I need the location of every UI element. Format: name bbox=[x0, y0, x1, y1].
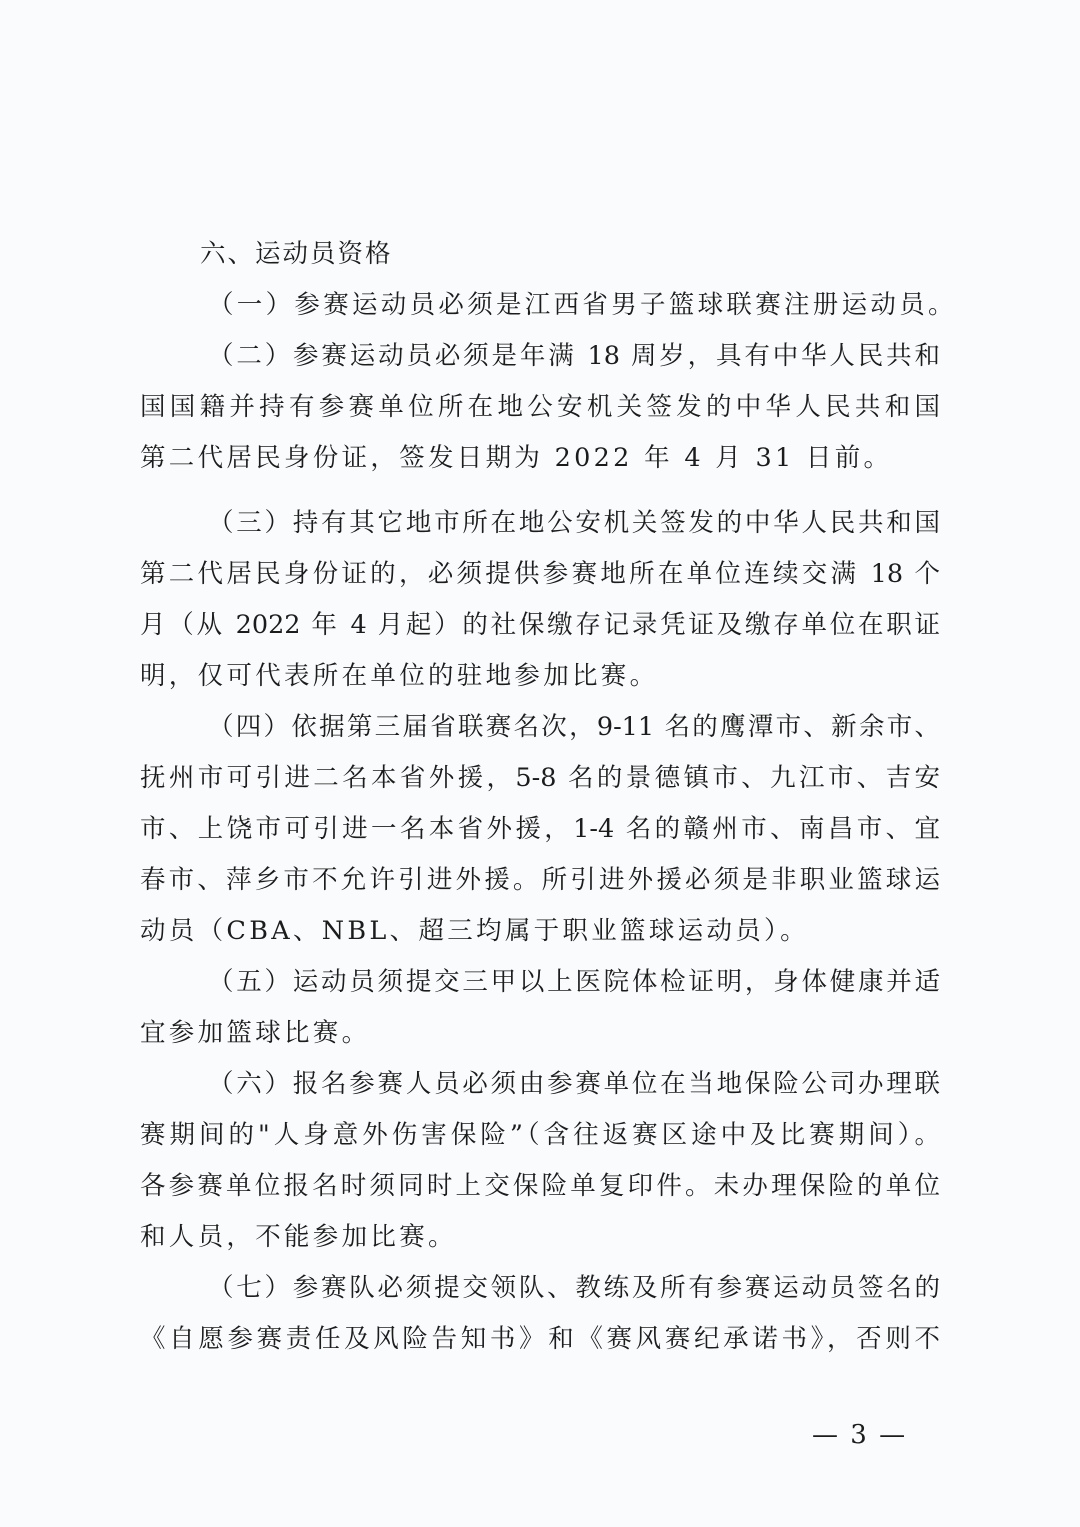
section-title: 六、运动员资格 bbox=[200, 234, 1000, 274]
paragraph-line: （六）报名参赛人员必须由参赛单位在当地保险公司办理联 bbox=[208, 1064, 940, 1104]
paragraph-line: 宜参加篮球比赛。 bbox=[140, 1013, 940, 1053]
document-page: 六、运动员资格 （一）参赛运动员必须是江西省男子篮球联赛注册运动员。 （二）参赛… bbox=[0, 0, 1080, 1527]
paragraph-line: （二）参赛运动员必须是年满 18 周岁，具有中华人民共和 bbox=[208, 336, 940, 376]
paragraph-line: 国国籍并持有参赛单位所在地公安机关签发的中华人民共和国 bbox=[140, 387, 940, 427]
paragraph-line: 明，仅可代表所在单位的驻地参加比赛。 bbox=[140, 656, 940, 696]
paragraph-line: 春市、萍乡市不允许引进外援。所引进外援必须是非职业篮球运 bbox=[140, 860, 940, 900]
paragraph-line: 赛期间的"人身意外伤害保险”（含往返赛区途中及比赛期间）。 bbox=[140, 1115, 940, 1155]
page-number: — 3 — bbox=[812, 1420, 907, 1450]
paragraph-line: （七）参赛队必须提交领队、教练及所有参赛运动员签名的 bbox=[208, 1268, 940, 1308]
paragraph-line: 动员（CBA、NBL、超三均属于职业篮球运动员）。 bbox=[140, 911, 940, 951]
paragraph-line: 抚州市可引进二名本省外援，5-8 名的景德镇市、九江市、吉安 bbox=[140, 758, 940, 798]
paragraph-line: 月（从 2022 年 4 月起）的社保缴存记录凭证及缴存单位在职证 bbox=[140, 605, 940, 645]
paragraph-line: 第二代居民身份证，签发日期为 2022 年 4 月 31 日前。 bbox=[140, 438, 940, 478]
paragraph-line: 《自愿参赛责任及风险告知书》和《赛风赛纪承诺书》，否则不 bbox=[140, 1319, 940, 1359]
paragraph-line: 第二代居民身份证的，必须提供参赛地所在单位连续交满 18 个 bbox=[140, 554, 940, 594]
paragraph-line: （五）运动员须提交三甲以上医院体检证明，身体健康并适 bbox=[208, 962, 940, 1002]
paragraph-line: （一）参赛运动员必须是江西省男子篮球联赛注册运动员。 bbox=[208, 285, 940, 325]
paragraph-line: 市、上饶市可引进一名本省外援，1-4 名的赣州市、南昌市、宜 bbox=[140, 809, 940, 849]
paragraph-line: 各参赛单位报名时须同时上交保险单复印件。未办理保险的单位 bbox=[140, 1166, 940, 1206]
paragraph-line: 和人员，不能参加比赛。 bbox=[140, 1217, 940, 1257]
paragraph-line: （四）依据第三届省联赛名次，9-11 名的鹰潭市、新余市、 bbox=[208, 707, 940, 747]
paragraph-line: （三）持有其它地市所在地公安机关签发的中华人民共和国 bbox=[208, 503, 940, 543]
